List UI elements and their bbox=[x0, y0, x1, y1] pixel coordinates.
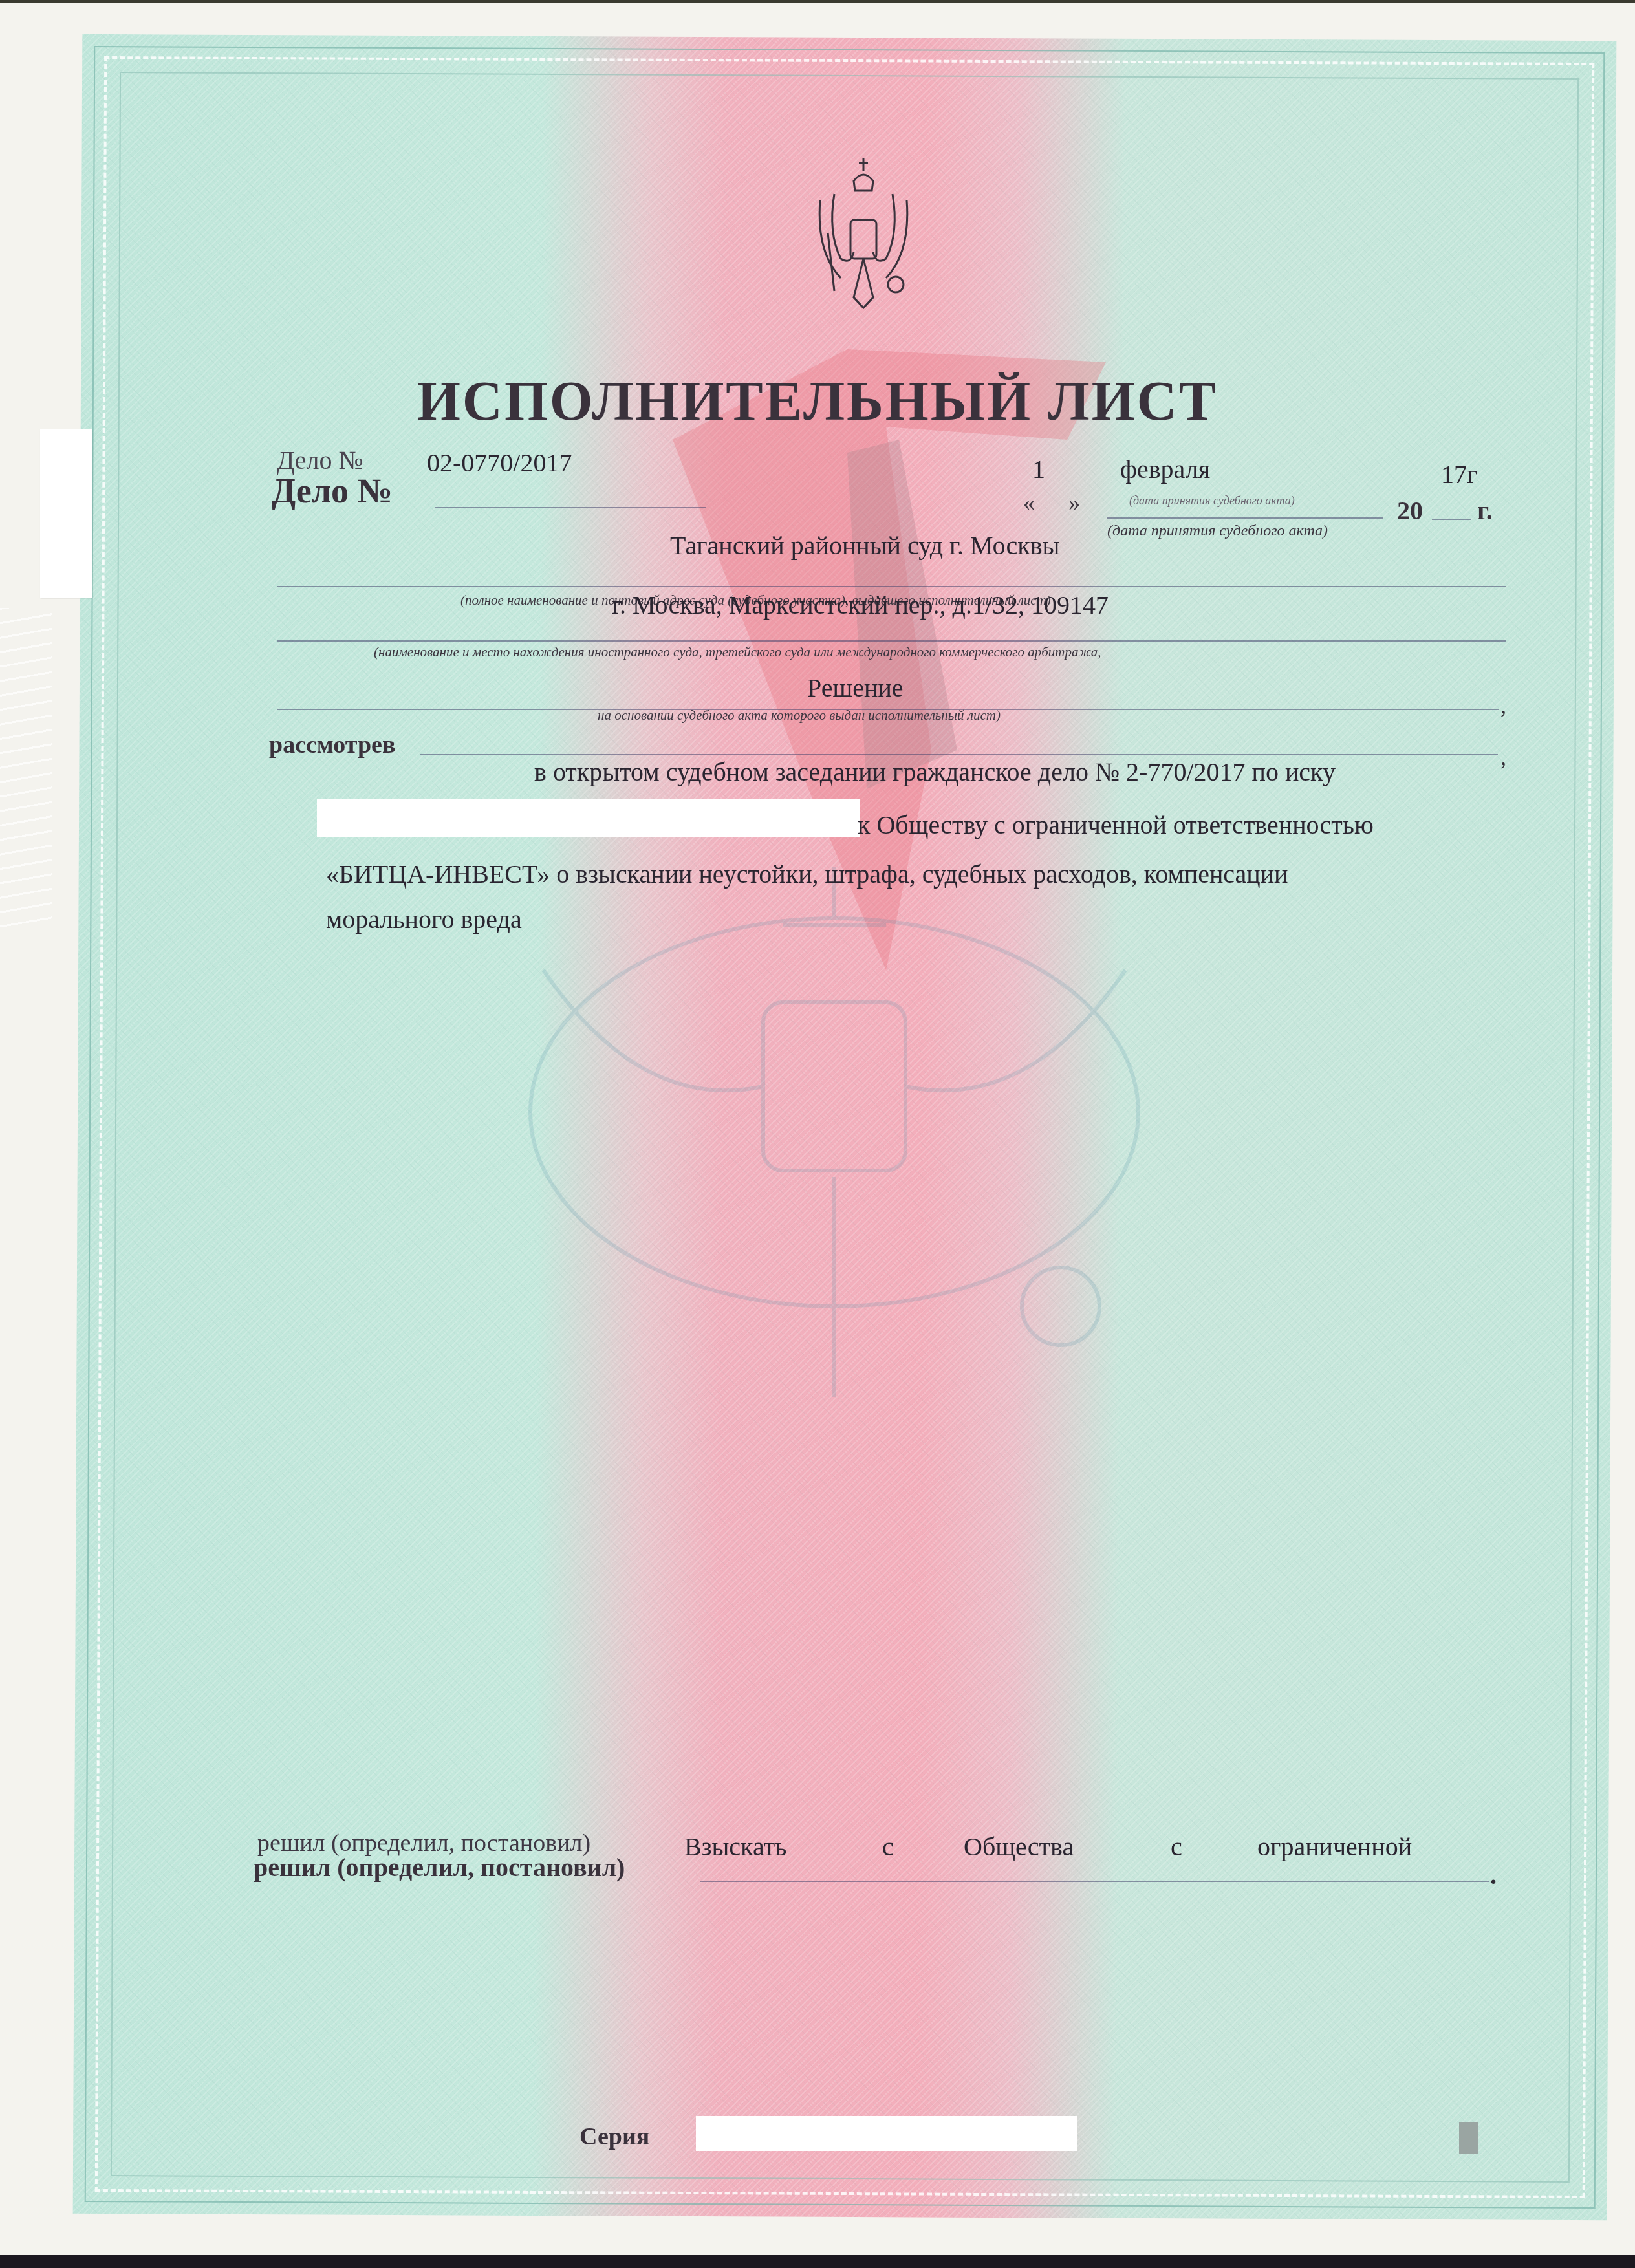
case-printed-label: Дело № bbox=[272, 471, 393, 511]
scan-top-edge bbox=[0, 0, 1635, 3]
decision-word-1: Взыскать bbox=[684, 1831, 786, 1862]
date-line bbox=[1107, 517, 1383, 519]
court-caption-foreign: (наименование и место нахождения иностра… bbox=[374, 644, 1101, 660]
scan-bottom-edge bbox=[0, 2255, 1635, 2268]
considered-line bbox=[420, 754, 1498, 755]
year-prefix: 20 bbox=[1397, 495, 1423, 526]
date-month: февраля bbox=[1120, 454, 1210, 484]
series-redaction bbox=[696, 2116, 1077, 2151]
considered-line-2: к Обществу с ограниченной ответственност… bbox=[858, 810, 1374, 840]
year-line bbox=[1432, 519, 1471, 520]
considered-line-3: «БИТЦА-ИНВЕСТ» о взыскании неустойки, шт… bbox=[326, 859, 1288, 889]
quote-close: » bbox=[1068, 489, 1080, 516]
binding-tab bbox=[40, 429, 92, 598]
watermark-eagle-icon bbox=[479, 841, 1190, 1423]
court-name: Таганский районный суд г. Москвы bbox=[670, 530, 1059, 561]
case-number-line bbox=[435, 507, 706, 508]
considered-line-4: морального вреда bbox=[326, 904, 522, 934]
case-number: 02-0770/2017 bbox=[427, 448, 572, 478]
quote-open: « bbox=[1023, 489, 1035, 516]
decision-word-3: Общества bbox=[964, 1831, 1074, 1862]
date-day: 1 bbox=[1032, 454, 1045, 484]
considered-label: рассмотрев bbox=[269, 731, 395, 759]
act-type: Решение bbox=[807, 673, 904, 703]
series-label: Серия bbox=[579, 2122, 649, 2151]
decision-word-5: ограниченной bbox=[1257, 1831, 1412, 1862]
decision-word-2: с bbox=[882, 1831, 894, 1862]
decision-period: . bbox=[1490, 1860, 1497, 1890]
russian-coat-of-arms-icon bbox=[815, 155, 912, 310]
act-comma: , bbox=[1500, 692, 1506, 719]
date-typed-caption: (дата принятия судебного акта) bbox=[1129, 494, 1295, 508]
decision-line bbox=[700, 1881, 1489, 1882]
decision-printed-label: решил (определил, постановил) bbox=[254, 1852, 625, 1883]
plaintiff-redaction bbox=[317, 799, 860, 837]
considered-comma: , bbox=[1500, 744, 1506, 771]
decision-word-4: с bbox=[1171, 1831, 1182, 1862]
year-suffix: г. bbox=[1477, 495, 1493, 526]
court-caption-act: на основании судебного акта которого выд… bbox=[598, 707, 1001, 724]
court-line-1 bbox=[277, 586, 1506, 587]
court-line-2 bbox=[277, 640, 1506, 642]
date-year: 17г bbox=[1441, 459, 1477, 490]
binding-threads bbox=[0, 608, 52, 931]
court-address: г. Москва, Марксистский пер., д.1/32, 10… bbox=[612, 590, 1109, 620]
document-title: ИСПОЛНИТЕЛЬНЫЙ ЛИСТ bbox=[0, 369, 1635, 433]
barcode-mark bbox=[1459, 2122, 1478, 2154]
considered-line-1: в открытом судебном заседании гражданско… bbox=[534, 757, 1336, 787]
date-printed-caption: (дата принятия судебного акта) bbox=[1107, 523, 1328, 540]
